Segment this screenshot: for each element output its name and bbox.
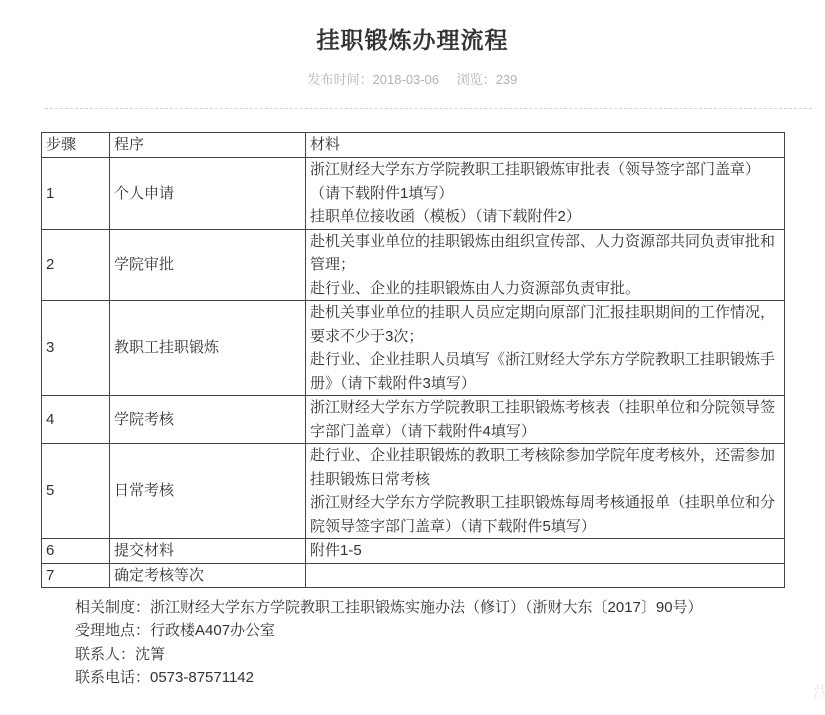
- table-row: 3 教职工挂职锻炼 赴机关事业单位的挂职人员应定期向原部门汇报挂职期间的工作情况…: [42, 301, 785, 396]
- table-row: 1 个人申请 浙江财经大学东方学院教职工挂职锻炼审批表（领导签字部门盖章） （请…: [42, 158, 785, 230]
- table-row: 4 学院考核 浙江财经大学东方学院教职工挂职锻炼考核表（挂职单位和分院领导签字部…: [42, 396, 785, 444]
- header-materials: 材料: [306, 133, 785, 158]
- cell-procedure: 学院考核: [110, 396, 306, 444]
- cell-step: 2: [42, 229, 110, 301]
- cell-procedure: 学院审批: [110, 229, 306, 301]
- cell-materials: 浙江财经大学东方学院教职工挂职锻炼考核表（挂职单位和分院领导签字部门盖章）（请下…: [306, 396, 785, 444]
- publish-time: 发布时间：2018-03-06: [308, 72, 440, 87]
- header-step: 步骤: [42, 133, 110, 158]
- cell-step: 1: [42, 158, 110, 230]
- cell-step: 3: [42, 301, 110, 396]
- cell-step: 6: [42, 539, 110, 564]
- cell-procedure: 提交材料: [110, 539, 306, 564]
- cell-step: 7: [42, 563, 110, 588]
- table-row: 2 学院审批 赴机关事业单位的挂职锻炼由组织宣传部、人力资源部共同负责审批和管理…: [42, 229, 785, 301]
- page-title: 挂职锻炼办理流程: [0, 22, 825, 55]
- cell-step: 5: [42, 444, 110, 539]
- table-row: 5 日常考核 赴行业、企业挂职锻炼的教职工考核除参加学院年度考核外，还需参加挂职…: [42, 444, 785, 539]
- cell-materials: [306, 563, 785, 588]
- acceptance-location: 受理地点：行政楼A407办公室: [75, 619, 825, 642]
- cell-procedure: 教职工挂职锻炼: [110, 301, 306, 396]
- cell-materials: 赴行业、企业挂职锻炼的教职工考核除参加学院年度考核外，还需参加挂职锻炼日常考核 …: [306, 444, 785, 539]
- cell-procedure: 日常考核: [110, 444, 306, 539]
- cell-materials: 浙江财经大学东方学院教职工挂职锻炼审批表（领导签字部门盖章） （请下载附件1填写…: [306, 158, 785, 230]
- view-count: 浏览：239: [457, 72, 518, 87]
- cell-step: 4: [42, 396, 110, 444]
- dashed-divider: [45, 108, 812, 109]
- cell-procedure: 确定考核等次: [110, 563, 306, 588]
- contact-phone: 联系电话：0573-87571142: [75, 666, 825, 689]
- watermark: 浅: [813, 678, 825, 703]
- table-row: 7 确定考核等次: [42, 563, 785, 588]
- header-procedure: 程序: [110, 133, 306, 158]
- process-table: 步骤 程序 材料 1 个人申请 浙江财经大学东方学院教职工挂职锻炼审批表（领导签…: [41, 132, 785, 588]
- contact-info: 相关制度：浙江财经大学东方学院教职工挂职锻炼实施办法（修订）（浙财大东〔2017…: [75, 596, 825, 690]
- cell-materials: 赴机关事业单位的挂职锻炼由组织宣传部、人力资源部共同负责审批和管理； 赴行业、企…: [306, 229, 785, 301]
- table-row: 6 提交材料 附件1-5: [42, 539, 785, 564]
- cell-materials: 赴机关事业单位的挂职人员应定期向原部门汇报挂职期间的工作情况，要求不少于3次； …: [306, 301, 785, 396]
- article-page: 挂职锻炼办理流程 发布时间：2018-03-06 浏览：239 步骤 程序 材料…: [0, 0, 825, 715]
- related-policy: 相关制度：浙江财经大学东方学院教职工挂职锻炼实施办法（修订）（浙财大东〔2017…: [75, 596, 825, 619]
- publish-meta: 发布时间：2018-03-06 浏览：239: [0, 69, 825, 88]
- cell-materials: 附件1-5: [306, 539, 785, 564]
- contact-person: 联系人：沈箐: [75, 643, 825, 666]
- cell-procedure: 个人申请: [110, 158, 306, 230]
- table-header-row: 步骤 程序 材料: [42, 133, 785, 158]
